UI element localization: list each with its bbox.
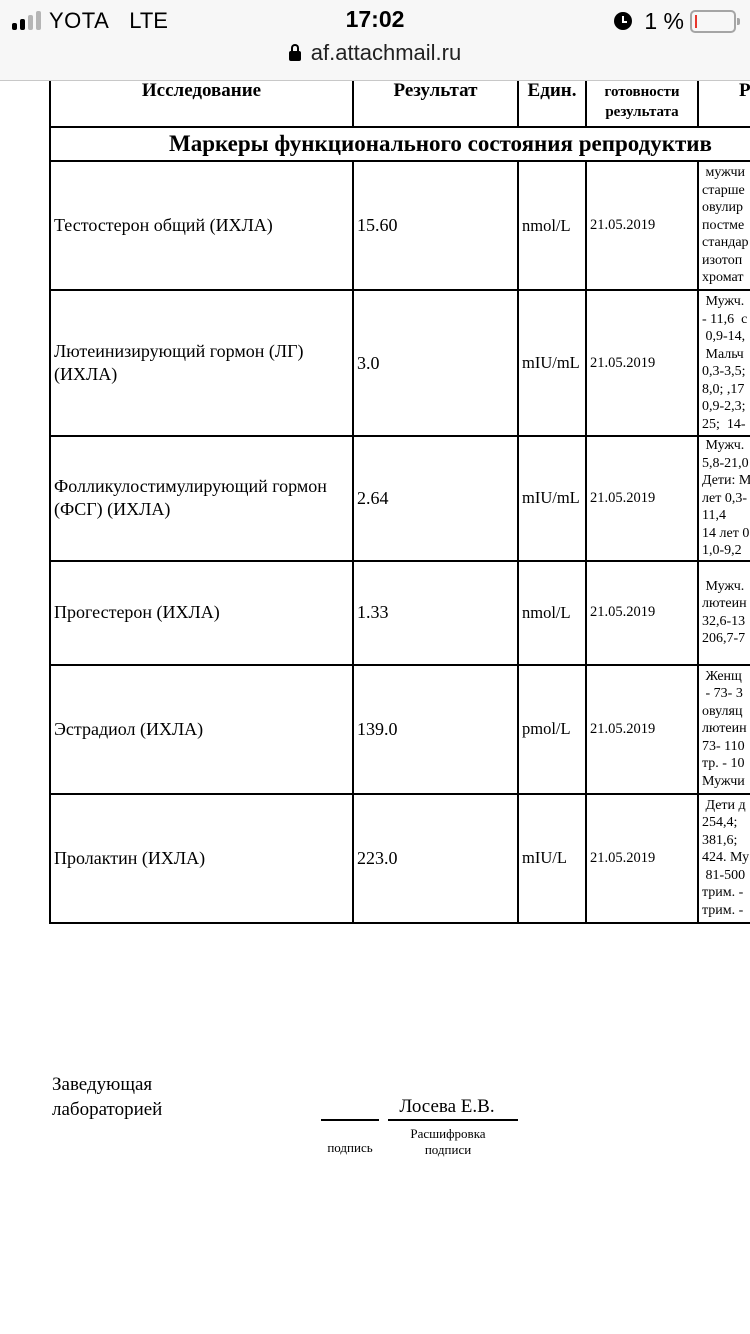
- signature-line: [321, 1119, 379, 1121]
- test-date: 21.05.2019: [586, 794, 698, 923]
- reference-text: мужчи старше овулир постме стандар изото…: [702, 164, 750, 287]
- reference-text: Мужч. - 11,6 с 0,9-14, Мальч 0,3-3,5; 8,…: [702, 293, 750, 433]
- test-result: 1.33: [353, 561, 518, 665]
- table-row: Прогестерон (ИХЛА) 1.33 nmol/L 21.05.201…: [50, 561, 750, 665]
- status-bar: YOTA LTE 17:02 1 % af.attachmail.ru: [0, 0, 750, 81]
- test-result: 15.60: [353, 161, 518, 290]
- test-reference: Мужч. - 11,6 с 0,9-14, Мальч 0,3-3,5; 8,…: [698, 290, 750, 436]
- signatory-name: Лосева Е.В.: [388, 1096, 506, 1118]
- test-unit: mIU/mL: [518, 290, 586, 436]
- test-name: Прогестерон (ИХЛА): [50, 561, 353, 665]
- test-date: 21.05.2019: [586, 290, 698, 436]
- battery-level: [695, 15, 697, 28]
- reference-text: Женщ - 73- 3 овуляц лютеин 73- 110 тр. -…: [702, 668, 750, 791]
- test-name: Лютеинизирующий гормон (ЛГ) (ИХЛА): [50, 290, 353, 436]
- status-icons: 1 %: [614, 7, 736, 35]
- test-result: 2.64: [353, 436, 518, 561]
- name-line: [388, 1119, 518, 1121]
- test-date: 21.05.2019: [586, 161, 698, 290]
- test-date: 21.05.2019: [586, 436, 698, 561]
- decode-caption: Расшифровка подписи: [388, 1126, 508, 1158]
- table-row: Лютеинизирующий гормон (ЛГ) (ИХЛА) 3.0 m…: [50, 290, 750, 436]
- reference-text: Мужч. лютеин 32,6-13 206,7-7: [702, 578, 750, 648]
- table-row: Эстрадиол (ИХЛА) 139.0 pmol/L 21.05.2019…: [50, 665, 750, 794]
- test-unit: nmol/L: [518, 161, 586, 290]
- test-date: 21.05.2019: [586, 561, 698, 665]
- lock-icon: [289, 51, 301, 61]
- test-date: 21.05.2019: [586, 665, 698, 794]
- signatory-position: Заведующая лабораторией: [52, 1072, 192, 1122]
- test-name: Фолликулостимулирующий гормон (ФСГ) (ИХЛ…: [50, 436, 353, 561]
- table-row: Фолликулостимулирующий гормон (ФСГ) (ИХЛ…: [50, 436, 750, 561]
- test-unit: mIU/L: [518, 794, 586, 923]
- test-result: 139.0: [353, 665, 518, 794]
- test-result: 223.0: [353, 794, 518, 923]
- test-name: Эстрадиол (ИХЛА): [50, 665, 353, 794]
- table-row: Тестостерон общий (ИХЛА) 15.60 nmol/L 21…: [50, 161, 750, 290]
- test-reference: Мужч. 5,8-21,0 Дети: М лет 0,3- 11,4 14 …: [698, 436, 750, 561]
- address-bar[interactable]: af.attachmail.ru: [0, 40, 750, 66]
- battery-percent: 1 %: [644, 8, 684, 35]
- section-row: Маркеры функционального состояния репрод…: [50, 127, 750, 161]
- test-result: 3.0: [353, 290, 518, 436]
- test-name: Пролактин (ИХЛА): [50, 794, 353, 923]
- test-reference: мужчи старше овулир постме стандар изото…: [698, 161, 750, 290]
- lab-results-table: Исследование Результат Един. готовности …: [49, 62, 750, 924]
- table-row: Пролактин (ИХЛА) 223.0 mIU/L 21.05.2019 …: [50, 794, 750, 923]
- test-name: Тестостерон общий (ИХЛА): [50, 161, 353, 290]
- test-unit: pmol/L: [518, 665, 586, 794]
- test-reference: Дети д 254,4; 381,6; 424. Му 81-500 трим…: [698, 794, 750, 923]
- test-reference: Мужч. лютеин 32,6-13 206,7-7: [698, 561, 750, 665]
- alarm-icon: [614, 12, 632, 30]
- section-title: Маркеры функционального состояния репрод…: [50, 127, 750, 161]
- reference-text: Мужч. 5,8-21,0 Дети: М лет 0,3- 11,4 14 …: [702, 437, 750, 560]
- url-text[interactable]: af.attachmail.ru: [311, 40, 461, 66]
- reference-text: Дети д 254,4; 381,6; 424. Му 81-500 трим…: [702, 797, 750, 920]
- test-reference: Женщ - 73- 3 овуляц лютеин 73- 110 тр. -…: [698, 665, 750, 794]
- test-unit: nmol/L: [518, 561, 586, 665]
- battery-icon: [690, 10, 736, 33]
- signature-caption: подпись: [318, 1140, 382, 1156]
- test-unit: mIU/mL: [518, 436, 586, 561]
